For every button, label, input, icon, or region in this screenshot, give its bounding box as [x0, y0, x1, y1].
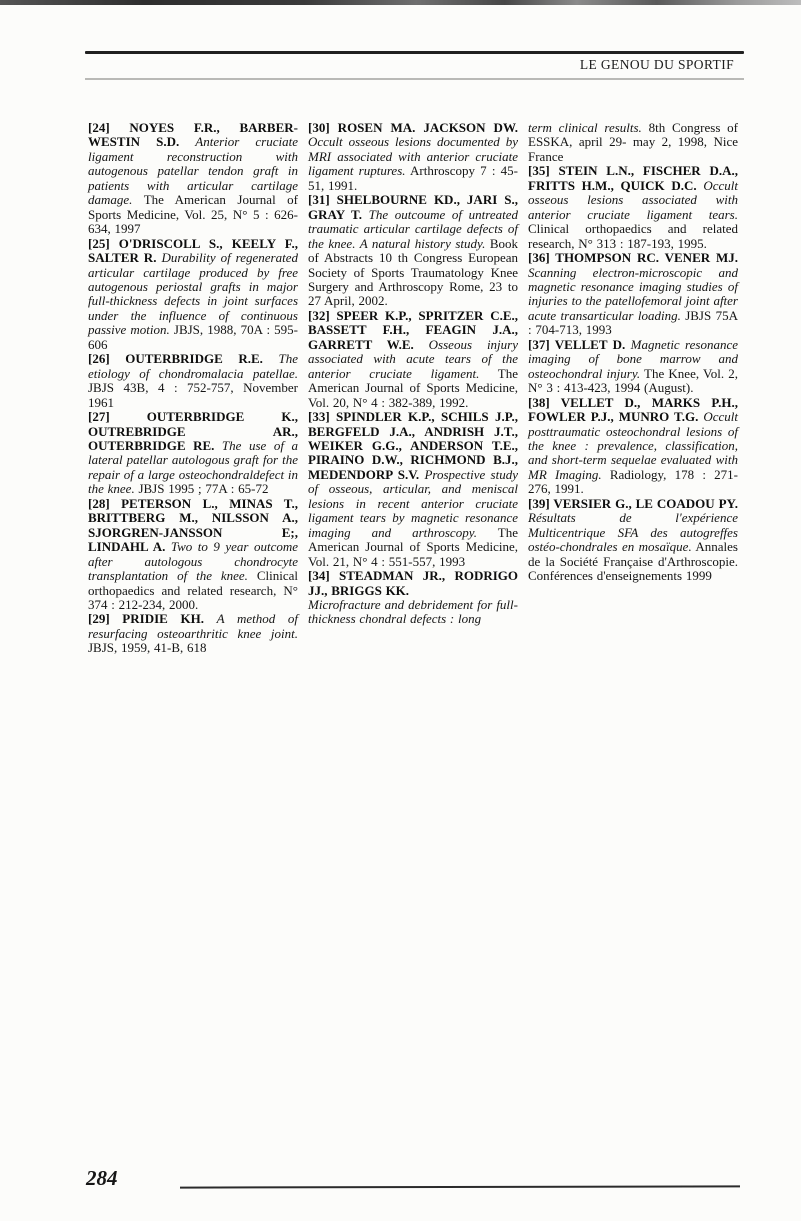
reference-34: [34] STEADMAN JR., RODRIGO JJ., BRIGGS K…: [308, 569, 518, 627]
reference-36: [36] THOMPSON RC. VENER MJ. Scanning ele…: [528, 251, 738, 338]
references-section: [24] NOYES F.R., BARBER-WESTIN S.D. Ante…: [88, 121, 738, 656]
references-column-1: [24] NOYES F.R., BARBER-WESTIN S.D. Ante…: [88, 121, 298, 656]
reference-35: [35] STEIN L.N., FISCHER D.A., FRITTS H.…: [528, 164, 738, 251]
ref-26-authors: [26] OUTERBRIDGE R.E.: [88, 351, 263, 366]
reference-28: [28] PETERSON L., MINAS T., BRITTBERG M.…: [88, 497, 298, 613]
ref-29-source: JBJS, 1959, 41-B, 618: [88, 640, 207, 655]
references-column-3: term clinical results. 8th Congress of E…: [528, 121, 738, 656]
reference-27: [27] OUTERBRIDGE K., OUTREBRIDGE AR., OU…: [88, 410, 298, 497]
references-column-2: [30] ROSEN MA. JACKSON DW. Occult osseou…: [308, 121, 518, 656]
reference-39: [39] VERSIER G., LE COADOU PY. Résultats…: [528, 497, 738, 584]
footer-rule: [180, 1185, 740, 1188]
ref-36-authors: [36] THOMPSON RC. VENER MJ.: [528, 250, 738, 265]
reference-29: [29] PRIDIE KH. A method of resurfacing …: [88, 612, 298, 655]
header-rule-bottom: [85, 78, 744, 80]
ref-34-title-part1: Microfracture and debridement for full-t…: [308, 597, 518, 626]
reference-31: [31] SHELBOURNE KD., JARI S., GRAY T. Th…: [308, 193, 518, 309]
reference-25: [25] O'DRISCOLL S., KEELY F., SALTER R. …: [88, 237, 298, 353]
ref-39-authors: [39] VERSIER G., LE COADOU PY.: [528, 496, 738, 511]
ref-30-authors: [30] ROSEN MA. JACKSON DW.: [308, 120, 518, 135]
reference-30: [30] ROSEN MA. JACKSON DW. Occult osseou…: [308, 121, 518, 193]
ref-27-source: JBJS 1995 ; 77A : 65-72: [138, 481, 268, 496]
reference-33: [33] SPINDLER K.P., SCHILS J.P., BERGFEL…: [308, 410, 518, 569]
ref-26-source: JBJS 43B, 4 : 752-757, November 1961: [88, 380, 298, 409]
reference-32: [32] SPEER K.P., SPRITZER C.E., BASSETT …: [308, 309, 518, 410]
reference-38: [38] VELLET D., MARKS P.H., FOWLER P.J.,…: [528, 396, 738, 497]
ref-34-authors: [34] STEADMAN JR., RODRIGO JJ., BRIGGS K…: [308, 568, 518, 597]
ref-29-authors: [29] PRIDIE KH.: [88, 611, 204, 626]
header-rule-top: [85, 51, 744, 54]
ref-34-title-part2: term clinical results.: [528, 120, 642, 135]
reference-37: [37] VELLET D. Magnetic resonance imagin…: [528, 338, 738, 396]
reference-34-continuation: term clinical results. 8th Congress of E…: [528, 121, 738, 164]
running-head-title: LE GENOU DU SPORTIF: [85, 57, 734, 73]
page-number: 284: [86, 1166, 118, 1191]
ref-37-authors: [37] VELLET D.: [528, 337, 625, 352]
scanned-book-page: LE GENOU DU SPORTIF [24] NOYES F.R., BAR…: [0, 0, 801, 1221]
ref-35-source: Clinical orthopaedics and related resear…: [528, 221, 738, 250]
scan-artifact-top-edge: [0, 0, 801, 5]
reference-26: [26] OUTERBRIDGE R.E. The etiology of ch…: [88, 352, 298, 410]
reference-24: [24] NOYES F.R., BARBER-WESTIN S.D. Ante…: [88, 121, 298, 237]
